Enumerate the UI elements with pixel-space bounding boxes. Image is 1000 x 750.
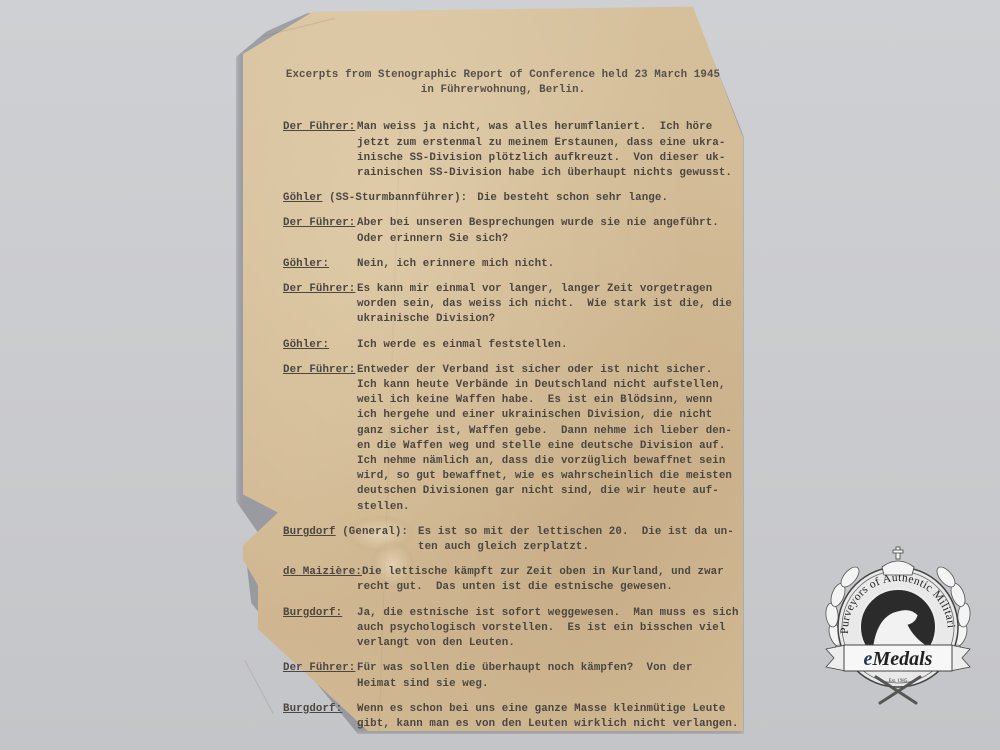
speech-block: de Maizière:Die lettische kämpft zur Zei… (283, 565, 723, 595)
speaker-name: Der Führer: (283, 364, 355, 376)
speech-text: Entweder der Verband ist sicher oder ist… (357, 363, 712, 378)
indent-spacer (283, 621, 357, 636)
speech-line: Der Führer:Es kann mir einmal vor langer… (283, 282, 723, 297)
transcript-entry: Der Führer:Entweder der Verband ist sich… (283, 363, 723, 515)
brand-name: Medals (871, 648, 932, 670)
speaker-name: Göhler: (283, 258, 329, 270)
speech-text: Aber bei unseren Besprechungen wurde sie… (357, 216, 719, 231)
speech-block: Der Führer:Für was sollen die überhaupt … (283, 661, 723, 691)
indent-spacer (283, 636, 357, 651)
speech-line: ukrainische Division? (283, 312, 723, 327)
transcript-entry: Burgdorf (General):Es ist so mit der let… (283, 525, 723, 555)
crown-icon (882, 547, 914, 575)
speech-text: auch psychologisch vorstellen. Es ist ei… (357, 621, 725, 636)
speech-line: deutschen Divisionen gar nicht sind, die… (283, 484, 723, 499)
speaker-label: Göhler: (283, 257, 357, 272)
brand-prefix: e (864, 648, 873, 670)
speech-text: Nein, ich erinnere mich nicht. (357, 257, 554, 272)
speech-line: Göhler:Ich werde es einmal feststellen. (283, 338, 723, 353)
speaker-label: Burgdorf (General): (283, 525, 408, 540)
indent-spacer (283, 677, 357, 692)
indent-spacer (283, 151, 357, 166)
speech-line: Burgdorf (General):Es ist so mit der let… (283, 525, 723, 540)
speech-line: de Maizière:Die lettische kämpft zur Zei… (283, 565, 723, 580)
indent-spacer (283, 297, 357, 312)
indent-spacer (283, 136, 357, 151)
speech-block: Göhler (SS-Sturmbannführer):Die besteht … (283, 191, 723, 206)
speaker-label: de Maizière: (283, 565, 362, 580)
speech-text: Es ist so mit der lettischen 20. Die ist… (418, 525, 734, 540)
indent-spacer (283, 717, 357, 732)
speech-text: worden sein, das weiss ich nicht. Wie st… (357, 297, 732, 312)
speech-block: Burgdorf (General):Es ist so mit der let… (283, 525, 723, 555)
speaker-name: Der Führer: (283, 121, 355, 133)
speech-block: Der Führer:Es kann mir einmal vor langer… (283, 282, 723, 328)
transcript-entry: Der Führer:Man weiss ja nicht, was alles… (283, 120, 723, 181)
speech-line: Der Führer:Entweder der Verband ist sich… (283, 363, 723, 378)
speech-line: Ich nehme nämlich an, dass die vorzüglic… (283, 454, 723, 469)
indent-spacer (283, 393, 357, 408)
speech-line: weil ich keine Waffen habe. Es ist ein B… (283, 393, 723, 408)
indent-spacer (283, 312, 357, 327)
speech-text: wird, so gut bewaffnet, wie es wahrschei… (357, 469, 732, 484)
speech-block: Burgdorf:Wenn es schon bei uns eine ganz… (283, 702, 723, 732)
speech-line: Burgdorf:Wenn es schon bei uns eine ganz… (283, 702, 723, 717)
indent-spacer (283, 580, 357, 595)
speech-line: Der Führer:Aber bei unseren Besprechunge… (283, 216, 723, 231)
speaker-name: Burgdorf: (283, 607, 342, 619)
speaker-label: Der Führer: (283, 282, 357, 297)
speaker-label: Göhler: (283, 338, 357, 353)
emedals-watermark-logo: Purveyors of Authentic Militaria eMedals… (818, 545, 978, 705)
speech-line: auch psychologisch vorstellen. Es ist ei… (283, 621, 723, 636)
speech-line: jetzt zum erstenmal zu meinem Erstaunen,… (283, 136, 723, 151)
speaker-name: Der Führer: (283, 217, 355, 229)
speech-block: Der Führer:Aber bei unseren Besprechunge… (283, 216, 723, 246)
speaker-label: Der Führer: (283, 363, 357, 378)
speech-line: Der Führer:Für was sollen die überhaupt … (283, 661, 723, 676)
speech-text: Die lettische kämpft zur Zeit oben in Ku… (362, 565, 724, 580)
speech-text: Für was sollen die überhaupt noch kämpfe… (357, 661, 693, 676)
speech-line: gibt, kann man es von den Leuten wirklic… (283, 717, 723, 732)
transcript-entry: Der Führer:Für was sollen die überhaupt … (283, 661, 723, 691)
speaker-name: Göhler: (283, 339, 329, 351)
speech-text: jetzt zum erstenmal zu meinem Erstaunen,… (357, 136, 725, 151)
speech-text: en die Waffen weg und stelle eine deutsc… (357, 439, 725, 454)
speech-text: rainischen SS-Division habe ich überhaup… (357, 166, 732, 181)
speech-line: Ich kann heute Verbände in Deutschland n… (283, 378, 723, 393)
speaker-name: Burgdorf (283, 526, 336, 538)
speech-line: wird, so gut bewaffnet, wie es wahrschei… (283, 469, 723, 484)
indent-spacer (283, 484, 357, 499)
speech-line: Oder erinnern Sie sich? (283, 232, 723, 247)
speaker-name: Der Führer: (283, 662, 355, 674)
transcript-entry: Göhler (SS-Sturmbannführer):Die besteht … (283, 191, 723, 206)
speech-text: Es kann mir einmal vor langer, langer Ze… (357, 282, 712, 297)
speech-line: en die Waffen weg und stelle eine deutsc… (283, 439, 723, 454)
speech-text: gibt, kann man es von den Leuten wirklic… (357, 717, 739, 732)
speech-line: Göhler:Nein, ich erinnere mich nicht. (283, 257, 723, 272)
speaker-name: de Maizière: (283, 566, 362, 578)
transcript-entry: de Maizière:Die lettische kämpft zur Zei… (283, 565, 723, 595)
transcript-entry: Burgdorf:Ja, die estnische ist sofort we… (283, 606, 723, 652)
speech-line: recht gut. Das unten ist die estnische g… (283, 580, 723, 595)
speaker-role: (SS-Sturmbannführer): (322, 192, 467, 204)
speech-text: recht gut. Das unten ist die estnische g… (357, 580, 673, 595)
speech-text: stellen. (357, 500, 410, 515)
speech-text: Ich werde es einmal feststellen. (357, 338, 568, 353)
speaker-label: Göhler (SS-Sturmbannführer): (283, 191, 467, 206)
speaker-name: Der Führer: (283, 283, 355, 295)
indent-spacer (283, 469, 357, 484)
speech-line: worden sein, das weiss ich nicht. Wie st… (283, 297, 723, 312)
speaker-label: Burgdorf: (283, 606, 357, 621)
speech-text: Wenn es schon bei uns eine ganze Masse k… (357, 702, 725, 717)
transcript-entry: Der Führer:Es kann mir einmal vor langer… (283, 282, 723, 328)
indent-spacer (283, 439, 357, 454)
speech-block: Der Führer:Entweder der Verband ist sich… (283, 363, 723, 515)
speech-line: inische SS-Division plötzlich aufkreuzt.… (283, 151, 723, 166)
speech-text: ten auch gleich zerplatzt. (418, 540, 589, 555)
speech-text: Die besteht schon sehr lange. (477, 191, 668, 206)
indent-spacer (283, 454, 357, 469)
speech-line: Heimat sind sie weg. (283, 677, 723, 692)
speech-text: Heimat sind sie weg. (357, 677, 489, 692)
speech-text: Ich kann heute Verbände in Deutschland n… (357, 378, 725, 393)
indent-spacer (283, 378, 357, 393)
transcript-entry: Der Führer:Aber bei unseren Besprechunge… (283, 216, 723, 246)
speech-line: Göhler (SS-Sturmbannführer):Die besteht … (283, 191, 723, 206)
speech-block: Burgdorf:Ja, die estnische ist sofort we… (283, 606, 723, 652)
transcript-entry: Burgdorf:Wenn es schon bei uns eine ganz… (283, 702, 723, 732)
speech-line: rainischen SS-Division habe ich überhaup… (283, 166, 723, 181)
speaker-role: (General): (336, 526, 408, 538)
established-text: Est. 1985 (889, 679, 908, 684)
speech-text: deutschen Divisionen gar nicht sind, die… (357, 484, 719, 499)
transcript-entry: Göhler:Nein, ich erinnere mich nicht. (283, 257, 723, 272)
speaker-label: Der Führer: (283, 216, 357, 231)
speech-text: Oder erinnern Sie sich? (357, 232, 508, 247)
speech-text: verlangt von den Leuten. (357, 636, 515, 651)
stenographic-report: Excerpts from Stenographic Report of Con… (283, 68, 723, 732)
transcript-entries: Der Führer:Man weiss ja nicht, was alles… (283, 120, 723, 732)
speech-line: Burgdorf:Ja, die estnische ist sofort we… (283, 606, 723, 621)
speech-line: verlangt von den Leuten. (283, 636, 723, 651)
indent-spacer (283, 540, 418, 555)
speech-block: Göhler:Ich werde es einmal feststellen. (283, 338, 723, 353)
speech-line: ganz sicher ist, Waffen gebe. Dann nehme… (283, 424, 723, 439)
speaker-name: Burgdorf: (283, 703, 342, 715)
speech-text: ganz sicher ist, Waffen gebe. Dann nehme… (357, 424, 732, 439)
speaker-name: Göhler (283, 192, 322, 204)
svg-text:eMedals: eMedals (864, 648, 933, 670)
speech-line: stellen. (283, 500, 723, 515)
speaker-label: Der Führer: (283, 120, 357, 135)
indent-spacer (283, 232, 357, 247)
speech-text: Ja, die estnische ist sofort weggewesen.… (357, 606, 739, 621)
speech-block: Göhler:Nein, ich erinnere mich nicht. (283, 257, 723, 272)
speech-text: Ich nehme nämlich an, dass die vorzüglic… (357, 454, 725, 469)
title-line-1: Excerpts from Stenographic Report of Con… (283, 68, 723, 83)
speech-line: ten auch gleich zerplatzt. (283, 540, 723, 555)
speech-text: ukrainische Division? (357, 312, 495, 327)
speech-line: ich hergehe und einer ukrainischen Divis… (283, 408, 723, 423)
indent-spacer (283, 424, 357, 439)
speech-line: Der Führer:Man weiss ja nicht, was alles… (283, 120, 723, 135)
speech-text: inische SS-Division plötzlich aufkreuzt.… (357, 151, 725, 166)
indent-spacer (283, 408, 357, 423)
speaker-label: Burgdorf: (283, 702, 357, 717)
indent-spacer (283, 166, 357, 181)
indent-spacer (283, 500, 357, 515)
transcript-entry: Göhler:Ich werde es einmal feststellen. (283, 338, 723, 353)
title-line-2: in Führerwohnung, Berlin. (283, 83, 723, 98)
document-title: Excerpts from Stenographic Report of Con… (283, 68, 723, 98)
speech-text: weil ich keine Waffen habe. Es ist ein B… (357, 393, 712, 408)
speech-block: Der Führer:Man weiss ja nicht, was alles… (283, 120, 723, 181)
speech-text: Man weiss ja nicht, was alles herumflani… (357, 120, 712, 135)
speaker-label: Der Führer: (283, 661, 357, 676)
fold-crease (245, 660, 274, 713)
speech-text: ich hergehe und einer ukrainischen Divis… (357, 408, 712, 423)
